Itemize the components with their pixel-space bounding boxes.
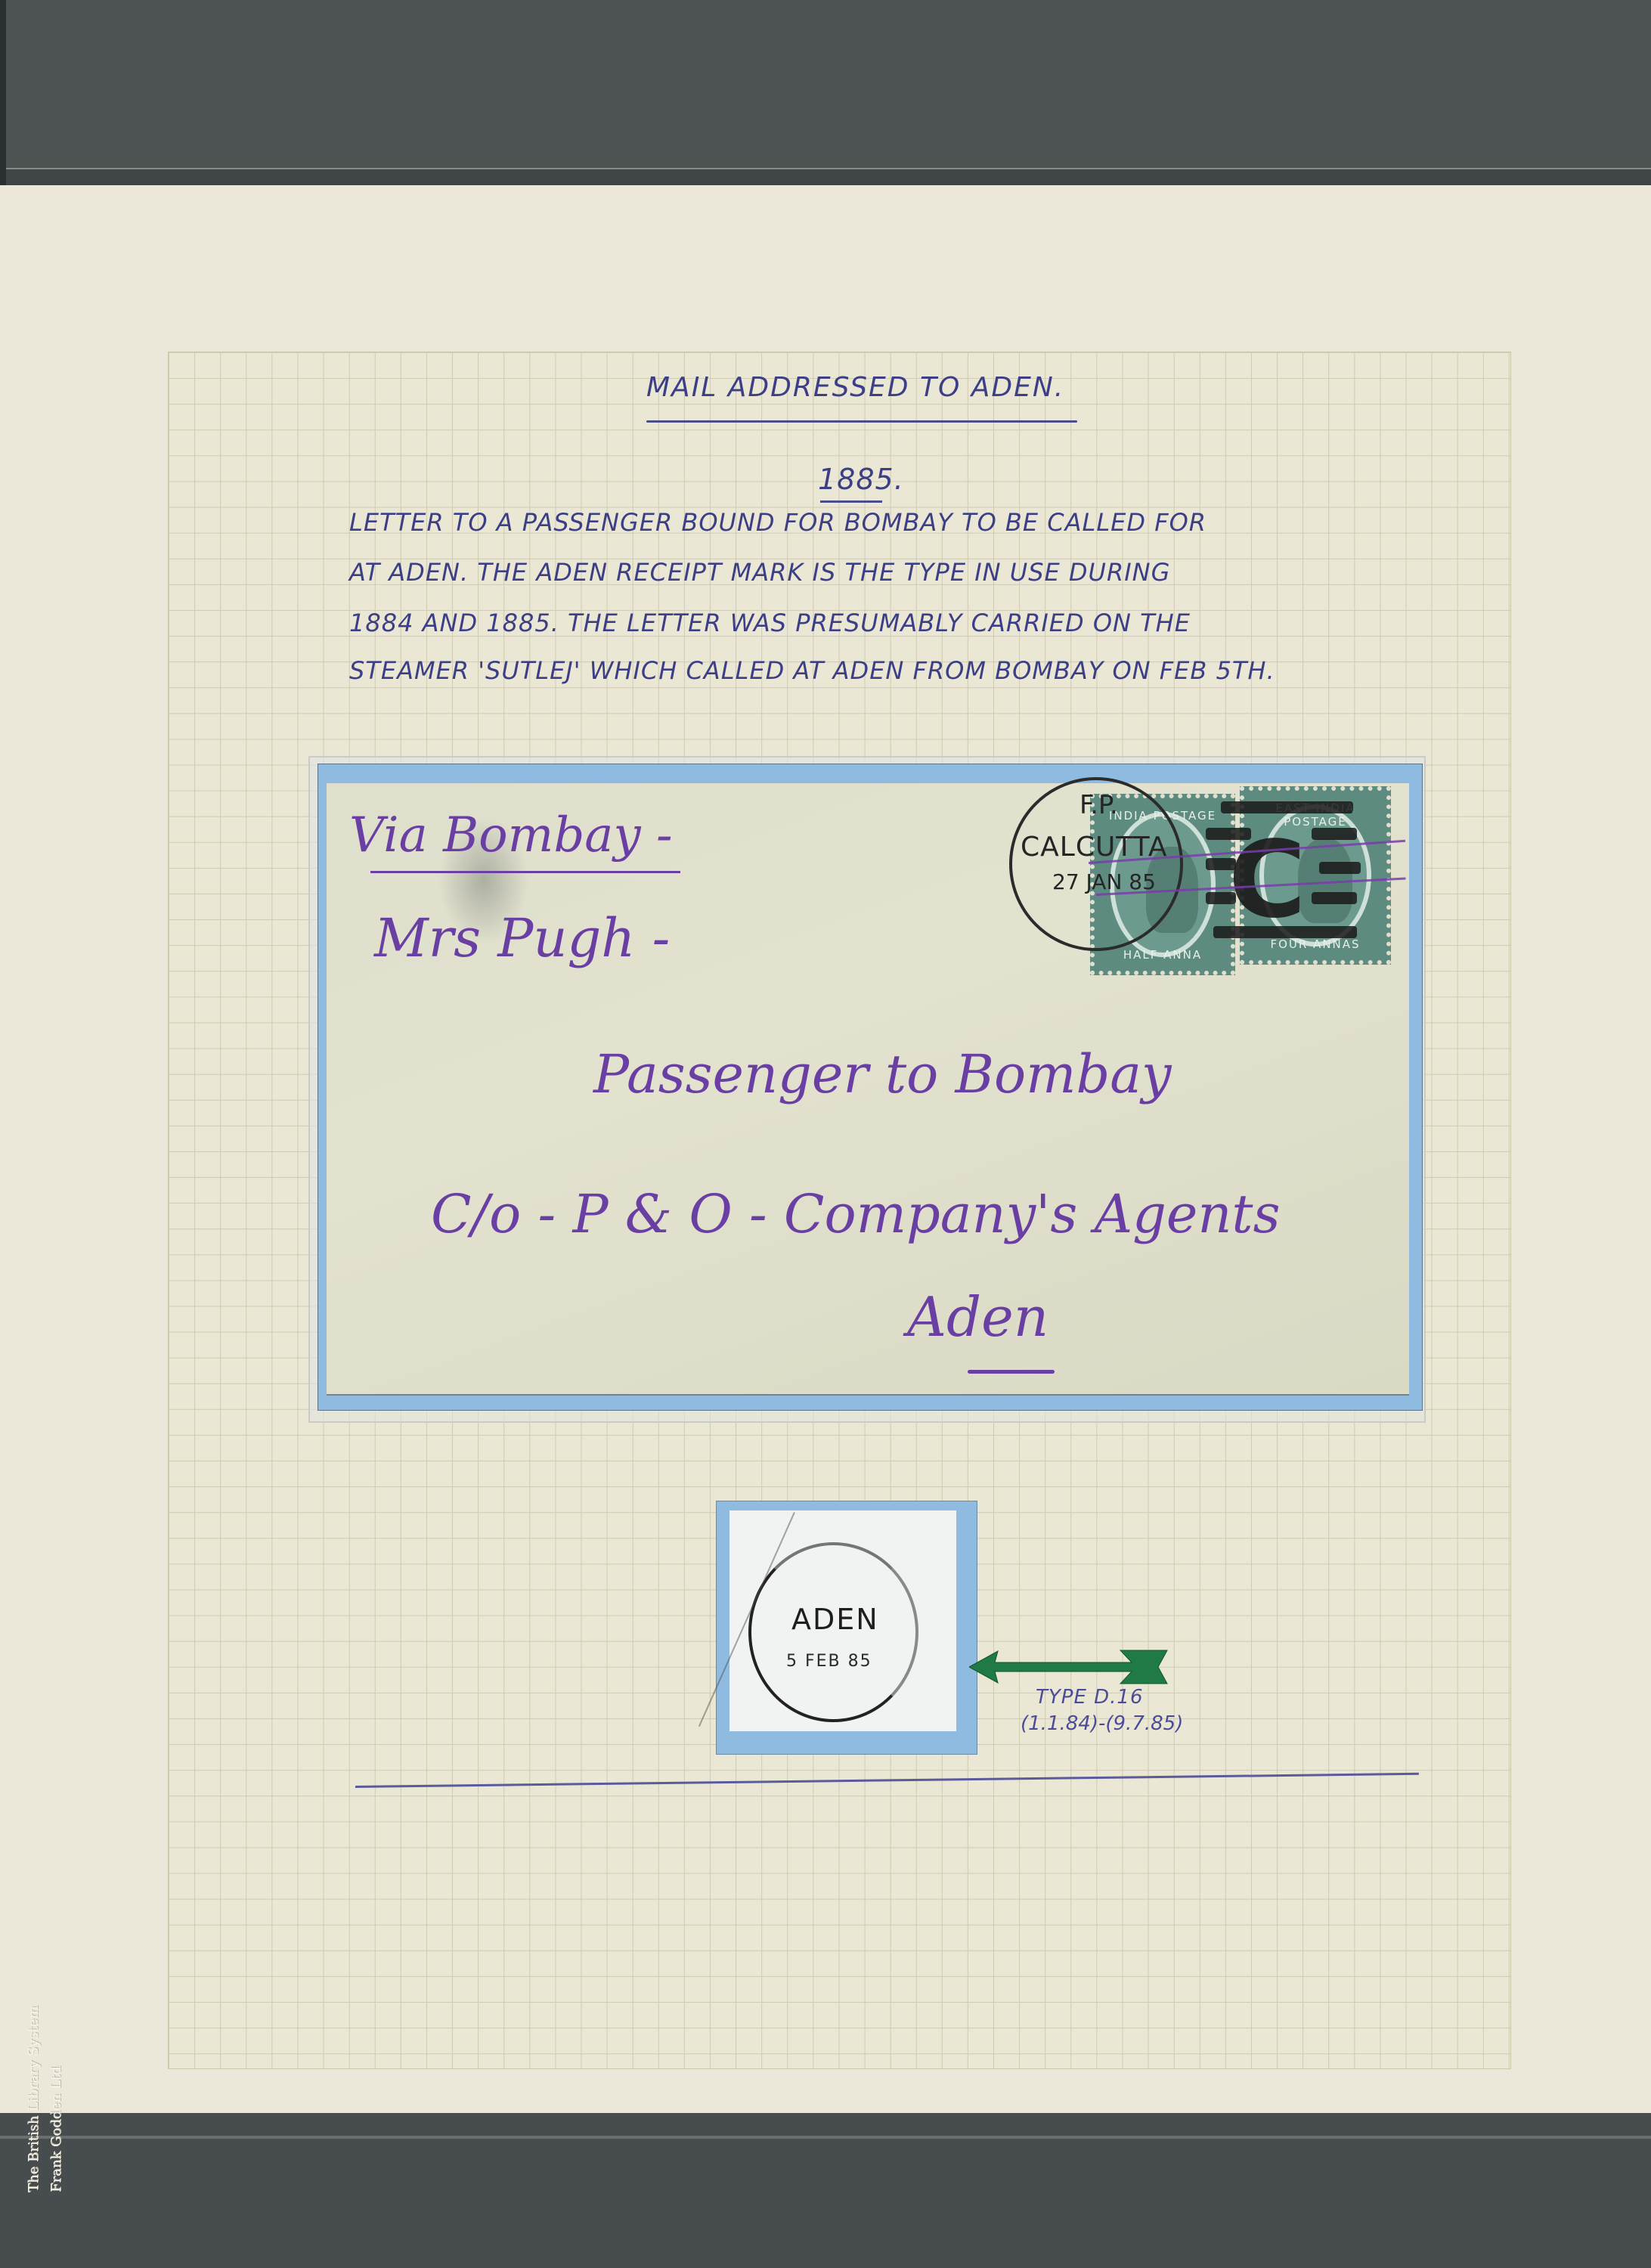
emboss-line: Frank Godden Ltd xyxy=(45,2006,68,2192)
album-background-top xyxy=(0,0,1651,185)
green-arrow-icon xyxy=(969,1648,1169,1686)
address-line: C/o - P & O - Company's Agents xyxy=(431,1183,1281,1245)
killer-bar xyxy=(1312,892,1357,904)
postmark-type-label: TYPE D.16 xyxy=(1036,1686,1144,1709)
addressee-name: Mrs Pugh - xyxy=(374,907,670,969)
postmark-top: F.P. xyxy=(1079,790,1118,820)
embossed-maker-mark: The British Library System Frank Godden … xyxy=(23,2006,68,2192)
receipt-mark-date: 5 FEB 85 xyxy=(786,1652,872,1671)
receipt-mark-town: ADEN xyxy=(791,1603,879,1636)
address-destination: Aden xyxy=(907,1285,1049,1349)
description-line: LETTER TO A PASSENGER BOUND FOR BOMBAY T… xyxy=(349,508,1206,537)
killer-bar xyxy=(1221,801,1353,813)
year-underline xyxy=(820,500,882,503)
routing-underline xyxy=(370,871,680,873)
description-line: STEAMER 'SUTLEJ' WHICH CALLED AT ADEN FR… xyxy=(349,656,1275,685)
address-line: Passenger to Bombay xyxy=(593,1043,1172,1105)
title-underline xyxy=(646,420,1077,423)
album-background-bottom xyxy=(0,2113,1651,2268)
killer-bar xyxy=(1312,828,1357,840)
routing-instruction: Via Bombay - xyxy=(349,807,673,863)
page-year: 1885. xyxy=(818,463,904,496)
description-line: AT ADEN. THE ADEN RECEIPT MARK IS THE TY… xyxy=(349,558,1170,587)
destination-underline xyxy=(968,1370,1055,1374)
page-title: MAIL ADDRESSED TO ADEN. xyxy=(646,372,1064,403)
frame-edge xyxy=(0,2136,1651,2139)
postmark-type-period: (1.1.84)-(9.7.85) xyxy=(1021,1712,1183,1735)
killer-bar xyxy=(1319,862,1361,874)
killer-letter: C xyxy=(1228,828,1306,934)
description-line: 1884 AND 1885. THE LETTER WAS PRESUMABLY… xyxy=(349,609,1191,637)
emboss-line: The British Library System xyxy=(23,2006,45,2192)
